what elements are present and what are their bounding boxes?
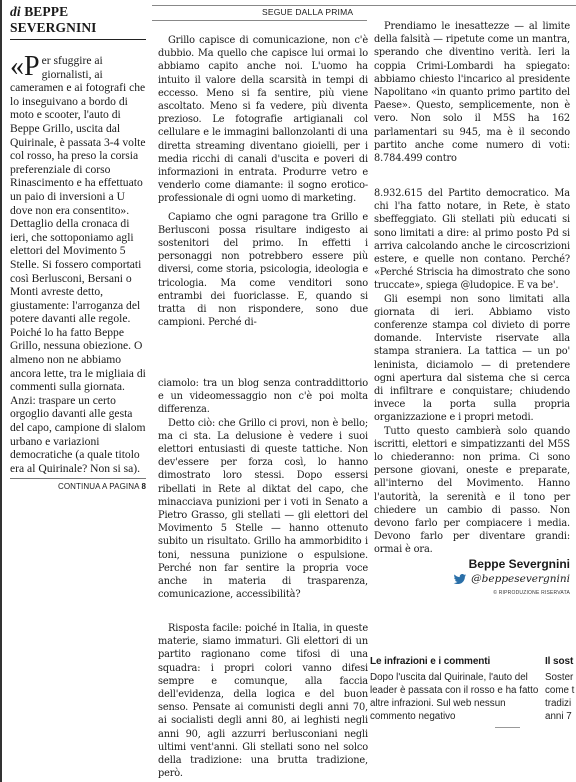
sidebar-text: Dopo l'uscita dal Quirinale, l'auto del … [370, 671, 540, 723]
paragraph: Gli esempi non sono limitati alla giorna… [374, 293, 570, 425]
sidebar-rule [495, 727, 520, 728]
sidebar-title: Le infrazioni e i commenti [370, 656, 540, 668]
sidebar-box-infrazioni: Le infrazioni e i commenti Dopo l'uscita… [370, 656, 540, 723]
rights-notice: © RIPRODUZIONE RISERVATA [374, 590, 570, 596]
dropcap-letter: P [24, 51, 40, 82]
sidebar-title: Il sost [545, 656, 576, 668]
paragraph: Prendiamo le inesattezze — al limite del… [374, 20, 570, 165]
twitter-bird-icon [453, 574, 467, 584]
continua-rule [10, 478, 146, 479]
header-rule-bottom [152, 20, 367, 21]
byline-rule [10, 39, 146, 40]
column-2-top: Grillo capisce di comunicazione, non c'è… [158, 34, 368, 329]
continua-link[interactable]: CONTINUA A PAGINA 8 [10, 482, 146, 491]
column-3-bottom: 8.932.615 del Partito democratico. Ma ch… [374, 187, 570, 557]
signature-name: Beppe Severgnini [374, 557, 570, 572]
paragraph: Grillo capisce di comunicazione, non c'è… [158, 34, 368, 206]
column-3-top: Prendiamo le inesattezze — al limite del… [374, 20, 570, 165]
paragraph: Detto ciò: che Grillo ci provi, non è be… [158, 417, 368, 602]
open-quote: « [10, 51, 24, 82]
paragraph: 8.932.615 del Partito democratico. Ma ch… [374, 187, 570, 293]
sidebar-line: Soster [545, 671, 576, 684]
sidebar-text: Soster come t tradizi anni 7 [545, 671, 576, 723]
paragraph: ciamolo: tra un blog senza contraddittor… [158, 377, 368, 417]
signature-handle: @beppesevergnini [471, 573, 570, 585]
lead-column: di BEPPE SEVERGNINI «P er sfuggire ai gi… [10, 4, 146, 491]
dropcap: «P [10, 56, 40, 78]
paragraph: Risposta facile: poiché in Italia, in qu… [158, 622, 368, 780]
header-rule-top [152, 5, 576, 6]
continua-page: 8 [141, 482, 146, 491]
byline-prefix: di [10, 4, 21, 19]
sidebar-line: come t [545, 684, 576, 697]
signature-handle-row[interactable]: @beppesevergnini [374, 572, 570, 586]
paragraph: Tutto questo cambierà solo quando iscrit… [374, 425, 570, 557]
sidebar-box-sostenitori: Il sost Soster come t tradizi anni 7 [545, 656, 576, 723]
signature: Beppe Severgnini @beppesevergnini © RIPR… [374, 557, 570, 596]
page-left-border [0, 0, 2, 782]
sidebar-line: anni 7 [545, 710, 576, 723]
paragraph: Capiamo che ogni paragone tra Grillo e B… [158, 211, 368, 330]
lead-paragraph: er sfuggire ai giornalisti, ai cameramen… [10, 54, 146, 475]
lead-text: «P er sfuggire ai giornalisti, ai camera… [10, 54, 146, 475]
byline-author: BEPPE SEVERGNINI [10, 4, 97, 35]
sidebar-line: tradizi [545, 697, 576, 710]
segue-label: SEGUE DALLA PRIMA [262, 7, 353, 17]
column-2-middle: ciamolo: tra un blog senza contraddittor… [158, 377, 368, 601]
continua-label: CONTINUA A PAGINA [58, 482, 139, 491]
byline: di BEPPE SEVERGNINI [10, 4, 146, 36]
column-2-bottom: Risposta facile: poiché in Italia, in qu… [158, 622, 368, 780]
